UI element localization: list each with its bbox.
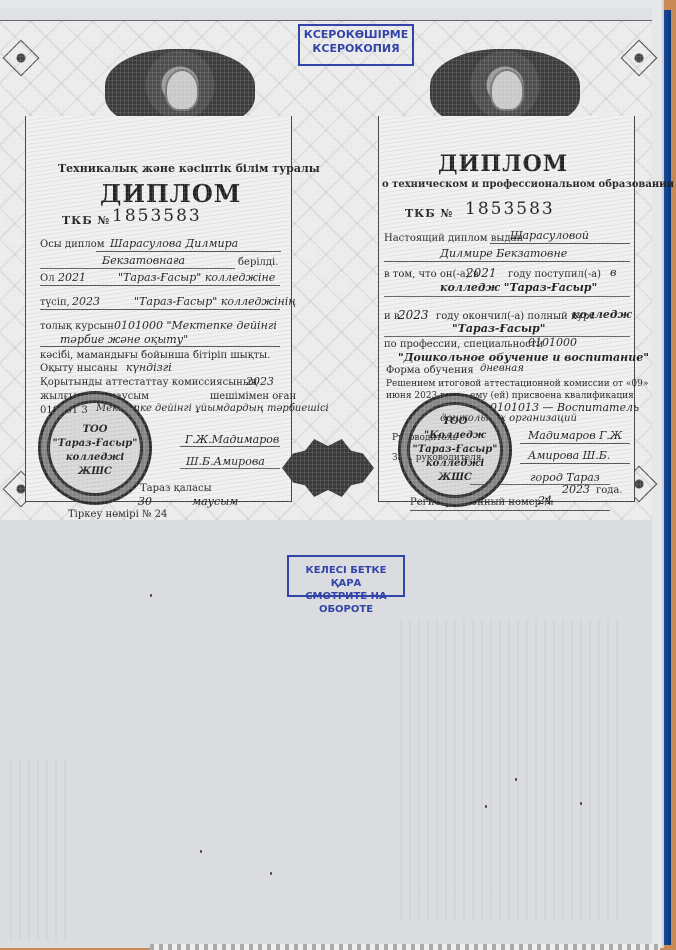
director-signature-ru: Мадимаров Г.Ж [528, 429, 622, 442]
left-subtitle: Техникалық және кәсіптік білім туралы [58, 162, 320, 175]
left-line-label: Ол [40, 273, 55, 284]
seal-text: ЖШС [401, 472, 509, 483]
form-value-ru: дневная [480, 363, 524, 374]
holder-name-kz: Шарасулова Дилмира [110, 237, 238, 250]
holder-patronymic-kz: Бекзатовнаға [102, 254, 185, 267]
underline [384, 296, 630, 297]
underline [40, 268, 235, 269]
form-label: Форма обучения [386, 365, 474, 376]
copy-stamp-line1: КСЕРОКӨШІРМЕ [300, 28, 412, 42]
finished-college-ru: колледж [572, 308, 632, 321]
seal-text: "Тараз-Ғасыр" [401, 444, 509, 455]
left-line-label: Қорытынды аттестаттау комиссиясының [40, 377, 257, 388]
decision-year-kz: 2023 [246, 375, 274, 388]
registration-number-ru: 24 [538, 494, 552, 507]
enrolled-year-ru: 2021 [466, 266, 497, 280]
underline [180, 468, 280, 469]
ornament-corner-icon [621, 40, 658, 77]
left-title: ДИПЛОМ [100, 179, 241, 208]
left-line-label: кәсібі, мамандығы бойынша бітіріп шықты. [40, 350, 270, 361]
seal-text: колледжі [41, 452, 149, 463]
see-reverse-line1: КЕЛЕСІ БЕТКЕ ҚАРА [289, 564, 403, 590]
left-line-label: Оқыту нысаны [40, 363, 118, 374]
year-suffix: года. [596, 485, 623, 496]
underline [490, 243, 630, 244]
speck [515, 778, 517, 781]
left-series-number: 1853583 [112, 206, 202, 226]
holder-surname-ru: Шарасуловой [510, 229, 589, 242]
left-line-label: Осы диплом [40, 239, 105, 250]
year-ru: 2023 [562, 483, 590, 496]
registration-kz: Тіркеу нөмірі № 24 [68, 509, 167, 520]
finish-college-kz: "Тараз-Ғасыр" колледжінің [134, 295, 296, 308]
underline [40, 309, 280, 310]
specialty-label: по профессии, специальности [384, 339, 543, 350]
enroll-year-kz: 2021 [58, 271, 86, 284]
seal-text: "Колледж [401, 430, 509, 441]
copy-stamp: КСЕРОКӨШІРМЕ КСЕРОКОПИЯ [298, 24, 414, 66]
bleed-through [400, 620, 620, 920]
right-series-number: 1853583 [465, 199, 555, 219]
see-reverse-line2: СМОТРИТЕ НА ОБОРОТЕ [289, 590, 403, 616]
left-line-label: толық курсын [40, 321, 114, 332]
decision-label: Решением итоговой аттестационной комисси… [386, 379, 648, 389]
underline [410, 510, 610, 511]
seal-text: ТОО [41, 424, 149, 435]
underline [180, 446, 280, 447]
college-seal-right: ТОО "Колледж "Тараз-Ғасыр" колледжі ЖШС [398, 393, 512, 507]
college-seal-left: ТОО "Тараз-Ғасыр" колледжі ЖШС [38, 391, 152, 505]
underline [520, 463, 630, 464]
seal-text: ЖШС [41, 466, 149, 477]
right-series-label: ТКБ № [405, 207, 453, 220]
specialty-kz: 0101000 "Мектепке дейінгі [114, 319, 277, 332]
underline [384, 261, 630, 262]
date-month-kz: маусым [192, 495, 238, 508]
sleeve-edge [150, 944, 660, 950]
finish-year-kz: 2023 [72, 295, 100, 308]
see-reverse-stamp: КЕЛЕСІ БЕТКЕ ҚАРА СМОТРИТЕ НА ОБОРОТЕ [287, 555, 405, 597]
bleed-through [10, 760, 70, 940]
study-form-kz: күндізгі [126, 361, 172, 374]
left-line-suffix: шешімімен оған [210, 391, 296, 402]
ornament-corner-icon [3, 40, 40, 77]
finished-year-ru: 2023 [398, 308, 429, 322]
speck [200, 850, 202, 853]
speck [270, 872, 272, 875]
speck [485, 805, 487, 808]
specialty-code-ru: 0101000 [528, 336, 577, 349]
underline [96, 251, 281, 252]
enrolled-suffix: году поступил(-а) [508, 269, 601, 280]
underline [520, 443, 630, 444]
speck [150, 594, 152, 597]
left-line-suffix: берілді. [238, 257, 278, 268]
document-sheet: Техникалық және кәсіптік білім туралы ДИ… [0, 8, 652, 940]
decision-suffix: ему (ей) присвоена квалификация [470, 391, 634, 401]
copy-stamp-line2: КСЕРОКОПИЯ [300, 42, 412, 56]
holder-name-ru: Дилмире Бекзатовне [440, 247, 567, 260]
seal-text: "Тараз-Ғасыр" [41, 438, 149, 449]
enroll-college-kz: "Тараз-Ғасыр" колледжіне [118, 271, 275, 284]
director-signature-kz: Г.Ж.Мадимаров [185, 433, 279, 446]
diploma-copy: Техникалық және кәсіптік білім туралы ДИ… [0, 20, 652, 521]
city-kz: Тараз қаласы [140, 483, 212, 494]
seal-text: колледжі [401, 458, 509, 469]
underline [384, 336, 630, 337]
speck [580, 802, 582, 805]
date-day-kz: 30 [138, 495, 152, 508]
right-subtitle: о техническом и профессиональном образов… [382, 179, 674, 190]
specialty-kz-cont: тәрбие және оқыту" [60, 333, 188, 346]
deputy-signature-ru: Амирова Ш.Б. [528, 449, 610, 462]
deputy-signature-kz: Ш.Б.Амирова [186, 455, 265, 468]
left-series-label: ТКБ № [62, 214, 110, 227]
underline [40, 346, 280, 347]
right-title: ДИПЛОМ [438, 151, 568, 177]
enrolled-college-ru: колледж "Тараз-Ғасыр" [440, 281, 597, 294]
seal-text: ТОО [401, 416, 509, 427]
enrolled-label: в том, что он(-а) в [384, 269, 478, 280]
finished-college-ru-cont: "Тараз-Ғасыр" [452, 322, 545, 335]
underline [40, 285, 280, 286]
left-line-label: түсіп, [40, 297, 70, 308]
enrolled-prep: в [610, 266, 616, 279]
center-ornament-plaque [282, 439, 374, 497]
